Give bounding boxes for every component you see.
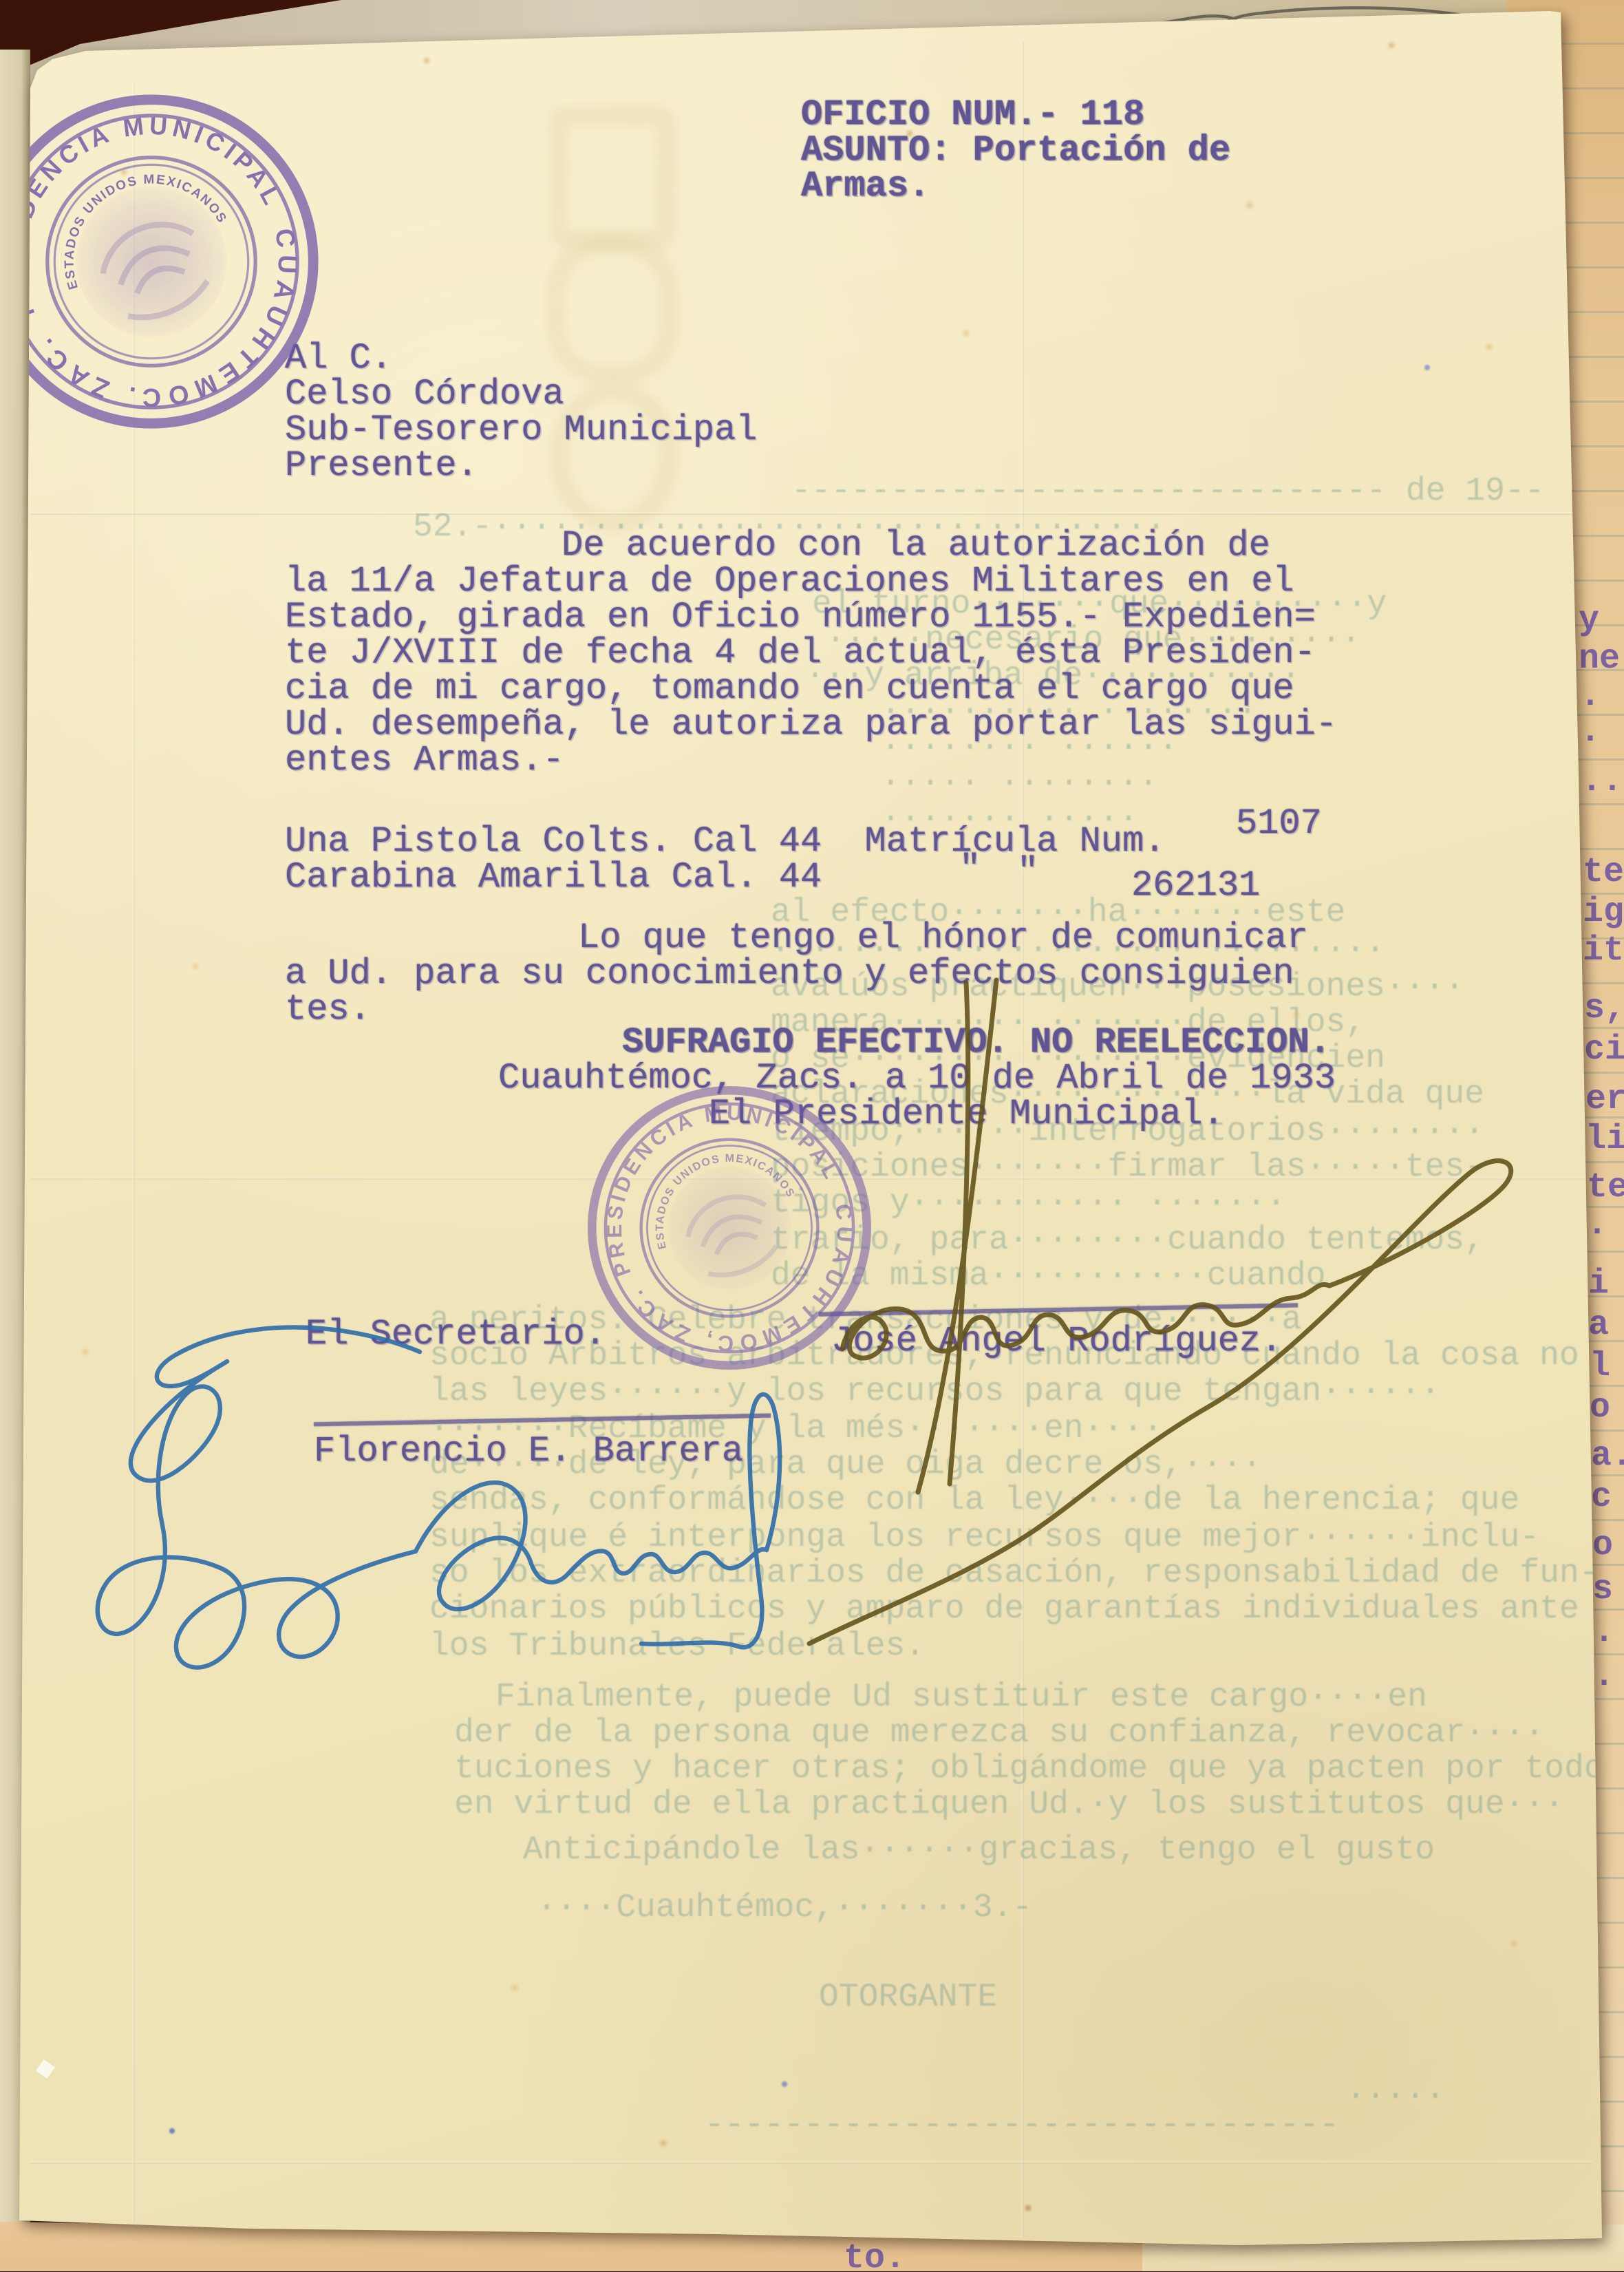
president-signature	[809, 980, 1511, 1644]
letter-page: ------------------------------ de 19--52…	[0, 0, 1624, 2271]
foxing-spots	[0, 0, 6, 6]
signature-overlay	[0, 0, 1624, 2271]
secretary-signature	[98, 1327, 780, 1667]
scan-scene: yne· ·· ···teigits,cierlite·ialoa.cos·· …	[0, 0, 1624, 2271]
letter-page-wrap: ------------------------------ de 19--52…	[0, 0, 1624, 2271]
scanned-letter-viewport: yne· ·· ···teigits,cierlite·ialoa.cos·· …	[0, 0, 1624, 2272]
